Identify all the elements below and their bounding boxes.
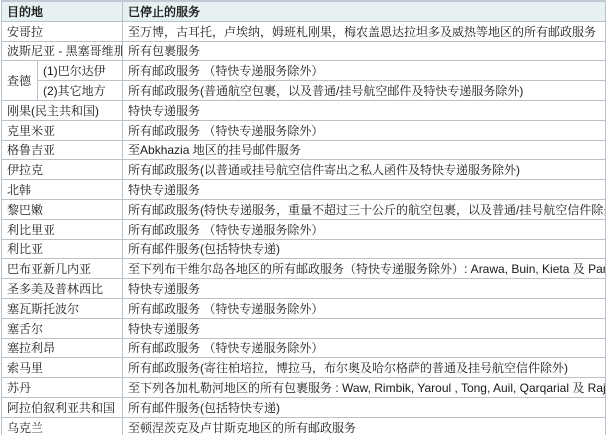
table-row: 巴布亚新几内亚至下列布干维尔岛各地区的所有邮政服务（特快专递服务除外）: Ara…	[2, 259, 606, 279]
destination-cell: 塞拉利昂	[2, 338, 123, 358]
suspended-service-cell: 所有邮政服务 （特快专递服务除外）	[123, 338, 606, 358]
destination-subarea-cell: (2)其它地方	[38, 81, 123, 101]
table-row: 查德(1)巴尔达伊所有邮政服务 （特快专递服务除外）	[2, 61, 606, 81]
table-row: 克里米亚所有邮政服务 （特快专递服务除外）	[2, 120, 606, 140]
destination-cell: 塞舌尔	[2, 318, 123, 338]
table-row: (2)其它地方所有邮政服务(普通航空包裹，以及普通/挂号航空邮件及特快专递服务除…	[2, 81, 606, 101]
table-body: 安哥拉至万博，古耳托，卢埃纳，姆班札刚果，梅农盖恩达拉坦多及威热等地区的所有邮政…	[2, 21, 606, 435]
table-row: 黎巴嫩所有邮政服务(特快专递服务，重量不超过三十公斤的航空包裹，以及普通/挂号航…	[2, 199, 606, 219]
table-row: 波斯尼亚 - 黑塞哥维那所有包裹服务	[2, 41, 606, 61]
suspended-services-page: 目的地 已停止的服务 安哥拉至万博，古耳托，卢埃纳，姆班札刚果，梅农盖恩达拉坦多…	[0, 0, 610, 435]
column-header-destination: 目的地	[2, 1, 123, 21]
table-row: 塞舌尔特快专递服务	[2, 318, 606, 338]
suspended-service-cell: 至顿涅茨克及卢甘斯克地区的所有邮政服务	[123, 417, 606, 435]
suspended-service-cell: 所有邮政服务 （特快专递服务除外）	[123, 61, 606, 81]
destination-cell: 巴布亚新几内亚	[2, 259, 123, 279]
suspended-service-cell: 所有邮政服务 （特快专递服务除外）	[123, 219, 606, 239]
suspended-service-cell: 所有邮件服务(包括特快专递)	[123, 397, 606, 417]
suspended-service-cell: 所有邮政服务 （特快专递服务除外）	[123, 120, 606, 140]
table-row: 伊拉克所有邮政服务(以普通或挂号航空信件寄出之私人函件及特快专递服务除外)	[2, 160, 606, 180]
destination-cell: 圣多美及普林西比	[2, 279, 123, 299]
suspended-service-cell: 所有邮政服务 （特快专递服务除外）	[123, 298, 606, 318]
suspended-service-cell: 所有包裹服务	[123, 41, 606, 61]
table-row: 塞瓦斯托波尔所有邮政服务 （特快专递服务除外）	[2, 298, 606, 318]
suspended-service-cell: 所有邮政服务(寄往柏培拉，博拉马，布尔奥及哈尔格萨的普通及挂号航空信件除外)	[123, 358, 606, 378]
suspended-service-cell: 特快专递服务	[123, 279, 606, 299]
table-row: 利比亚所有邮件服务(包括特快专递)	[2, 239, 606, 259]
destination-subarea-cell: (1)巴尔达伊	[38, 61, 123, 81]
destination-cell: 索马里	[2, 358, 123, 378]
column-header-suspended-services: 已停止的服务	[123, 1, 606, 21]
suspended-service-cell: 至Abkhazia 地区的挂号邮件服务	[123, 140, 606, 160]
suspended-service-cell: 特快专递服务	[123, 318, 606, 338]
destination-cell: 伊拉克	[2, 160, 123, 180]
destination-group-cell: 查德	[2, 61, 38, 101]
table-row: 阿拉伯叙利亚共和国所有邮件服务(包括特快专递)	[2, 397, 606, 417]
destination-cell: 黎巴嫩	[2, 199, 123, 219]
suspended-services-table: 目的地 已停止的服务 安哥拉至万博，古耳托，卢埃纳，姆班札刚果，梅农盖恩达拉坦多…	[1, 0, 606, 435]
suspended-service-cell: 所有邮政服务(特快专递服务，重量不超过三十公斤的航空包裹，以及普通/挂号航空信件…	[123, 199, 606, 219]
table-row: 塞拉利昂所有邮政服务 （特快专递服务除外）	[2, 338, 606, 358]
header-row: 目的地 已停止的服务	[2, 1, 606, 21]
destination-cell: 波斯尼亚 - 黑塞哥维那	[2, 41, 123, 61]
table-row: 格鲁吉亚至Abkhazia 地区的挂号邮件服务	[2, 140, 606, 160]
table-row: 刚果(民主共和国)特快专递服务	[2, 100, 606, 120]
suspended-service-cell: 所有邮政服务(以普通或挂号航空信件寄出之私人函件及特快专递服务除外)	[123, 160, 606, 180]
suspended-service-cell: 特快专递服务	[123, 100, 606, 120]
table-row: 苏丹至下列各加札勒河地区的所有包裹服务 : Waw, Rimbik, Yarou…	[2, 378, 606, 398]
destination-cell: 阿拉伯叙利亚共和国	[2, 397, 123, 417]
table-row: 圣多美及普林西比特快专递服务	[2, 279, 606, 299]
table-row: 乌克兰至顿涅茨克及卢甘斯克地区的所有邮政服务	[2, 417, 606, 435]
suspended-service-cell: 所有邮件服务(包括特快专递)	[123, 239, 606, 259]
destination-cell: 塞瓦斯托波尔	[2, 298, 123, 318]
destination-cell: 利比里亚	[2, 219, 123, 239]
destination-cell: 格鲁吉亚	[2, 140, 123, 160]
table-row: 北韩特快专递服务	[2, 180, 606, 200]
suspended-service-cell: 至下列布干维尔岛各地区的所有邮政服务（特快专递服务除外）: Arawa, Bui…	[123, 259, 606, 279]
suspended-service-cell: 特快专递服务	[123, 180, 606, 200]
destination-cell: 北韩	[2, 180, 123, 200]
destination-cell: 安哥拉	[2, 21, 123, 41]
destination-cell: 克里米亚	[2, 120, 123, 140]
destination-cell: 刚果(民主共和国)	[2, 100, 123, 120]
destination-cell: 乌克兰	[2, 417, 123, 435]
suspended-service-cell: 至万博，古耳托，卢埃纳，姆班札刚果，梅农盖恩达拉坦多及威热等地区的所有邮政服务	[123, 21, 606, 41]
table-row: 利比里亚所有邮政服务 （特快专递服务除外）	[2, 219, 606, 239]
suspended-service-cell: 至下列各加札勒河地区的所有包裹服务 : Waw, Rimbik, Yaroul …	[123, 378, 606, 398]
table-row: 安哥拉至万博，古耳托，卢埃纳，姆班札刚果，梅农盖恩达拉坦多及威热等地区的所有邮政…	[2, 21, 606, 41]
table-row: 索马里所有邮政服务(寄往柏培拉，博拉马，布尔奥及哈尔格萨的普通及挂号航空信件除外…	[2, 358, 606, 378]
destination-cell: 利比亚	[2, 239, 123, 259]
destination-cell: 苏丹	[2, 378, 123, 398]
table-header: 目的地 已停止的服务	[2, 1, 606, 21]
suspended-service-cell: 所有邮政服务(普通航空包裹，以及普通/挂号航空邮件及特快专递服务除外)	[123, 81, 606, 101]
